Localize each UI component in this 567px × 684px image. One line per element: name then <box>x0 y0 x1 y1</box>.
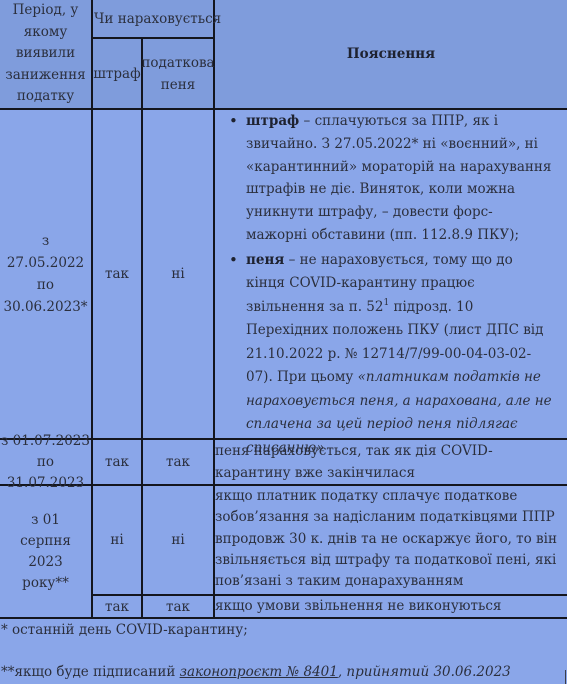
row3b-penalty: так <box>143 596 213 617</box>
row3-period: з 01 серпня 2023 року** <box>0 486 91 617</box>
row2-period: з 01.07.2023 по 31.07.2023 <box>0 440 91 484</box>
row1-period: з 27.05.2022 по 30.06.2023* <box>0 110 91 438</box>
row2-fine: так <box>93 440 141 484</box>
row3a-explanation: якщо платник податку сплачує податкове з… <box>215 486 565 592</box>
footnote-1: * останній день COVID-карантину; <box>1 620 248 640</box>
list-item-penalty: пеня – не нараховується, тому що до кінц… <box>246 249 553 461</box>
scrollbar-edge[interactable] <box>565 670 566 684</box>
row3a-penalty: ні <box>143 486 213 594</box>
term-fine: штраф <box>246 113 299 129</box>
header-explanation: Пояснення <box>215 0 567 108</box>
row3b-explanation: якщо умови звільнення не виконуються <box>215 596 565 617</box>
footnote-2-suffix: , прийнятий 30.06.2023 <box>338 664 511 680</box>
list-item-fine: штраф – сплачуються за ППР, як і звичайн… <box>246 110 553 247</box>
explanation-list: штраф – сплачуються за ППР, як і звичайн… <box>215 110 553 460</box>
header-fine: штраф <box>93 39 141 108</box>
header-period: Період, у якому виявили заниження податк… <box>0 0 91 108</box>
fine-explanation-text: – сплачуються за ППР, як і звичайно. З 2… <box>246 113 551 243</box>
row3b-fine: так <box>93 596 141 617</box>
row2-explanation: пеня нараховується, так як дія COVID-кар… <box>215 440 565 484</box>
footnote-2-prefix: **якщо буде підписаний <box>1 664 180 680</box>
row3a-fine: ні <box>93 486 141 594</box>
row2-penalty: так <box>143 440 213 484</box>
header-penalty: податкова пеня <box>143 39 213 108</box>
footnote-2: **якщо буде підписаний законопроєкт № 84… <box>1 662 511 682</box>
row-divider <box>0 617 567 619</box>
header-charged-group: Чи нараховується <box>93 0 213 37</box>
bill-8401-link[interactable]: законопроєкт № 8401 <box>180 664 338 680</box>
term-penalty: пеня <box>246 252 284 268</box>
row1-fine: так <box>93 110 141 438</box>
row1-penalty: ні <box>143 110 213 438</box>
row1-explanation: штраф – сплачуються за ППР, як і звичайн… <box>215 110 565 460</box>
